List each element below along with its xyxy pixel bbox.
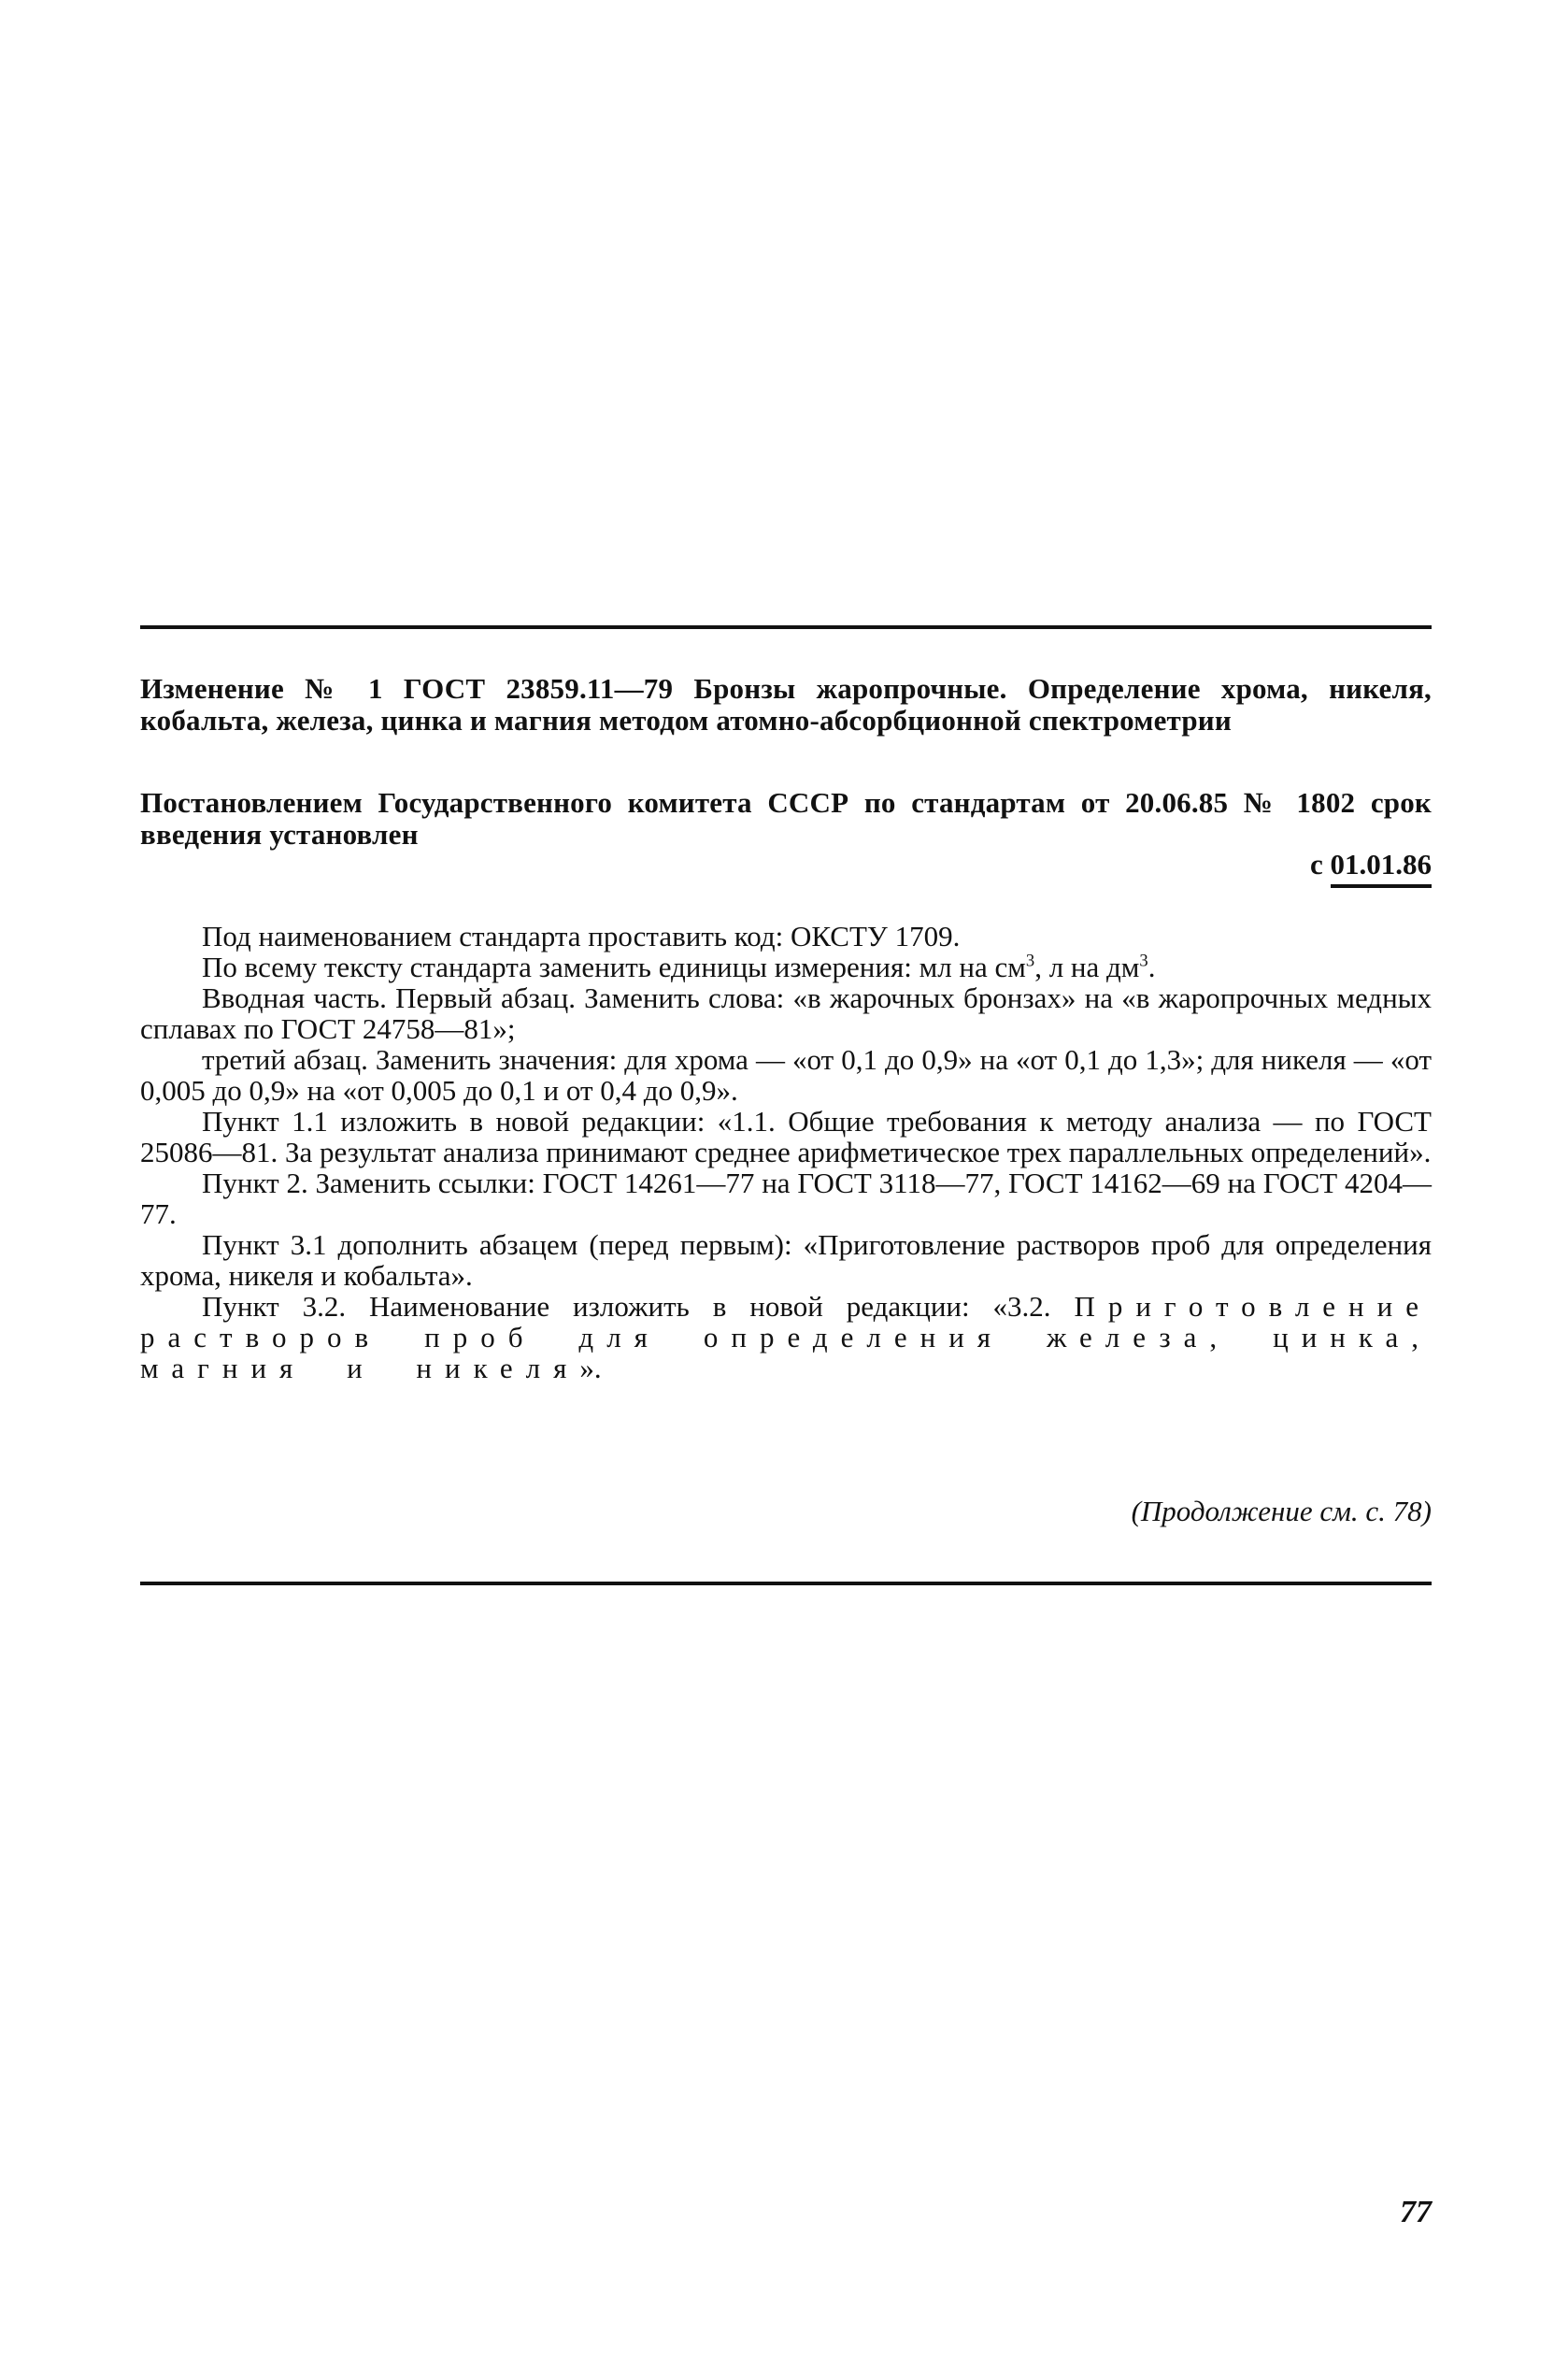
paragraph-intro-first: Вводная часть. Первый абзац. Заменить сл… [140, 982, 1432, 1044]
units-text-2: , л на дм [1034, 951, 1139, 983]
superscript-3: 3 [1026, 952, 1034, 971]
continuation-note: (Продолжение см. с. 78) [1132, 1496, 1432, 1527]
page-number: 77 [1400, 2195, 1432, 2230]
paragraph-units: По всему тексту стандарта заменить едини… [140, 952, 1432, 982]
units-text-1: По всему тексту стандарта заменить едини… [202, 951, 1026, 983]
superscript-3: 3 [1139, 952, 1147, 971]
paragraph-okstu-code: Под наименованием стандарта проставить к… [140, 921, 1432, 952]
top-rule [140, 625, 1432, 629]
effective-date-line: с 01.01.86 [1310, 849, 1432, 881]
paragraph-clause-3-2: Пункт 3.2. Наименование изложить в новой… [140, 1291, 1432, 1383]
effective-prefix: с [1310, 848, 1323, 881]
decree-statement: Постановлением Государственного комитета… [140, 787, 1432, 850]
bottom-rule [140, 1582, 1432, 1585]
amendment-body: Под наименованием стандарта проставить к… [140, 921, 1432, 1383]
clause-3-2-text: Пункт 3.2. Наименование изложить в новой… [202, 1290, 1074, 1323]
paragraph-clause-3-1: Пункт 3.1 дополнить абзацем (перед первы… [140, 1229, 1432, 1291]
clause-3-2-closing: ». [579, 1352, 601, 1384]
paragraph-clause-1-1: Пункт 1.1 изложить в новой редакции: «1.… [140, 1106, 1432, 1167]
amendment-title: Изменение № 1 ГОСТ 23859.11—79 Бронзы жа… [140, 673, 1432, 736]
paragraph-clause-2: Пункт 2. Заменить ссылки: ГОСТ 14261—77 … [140, 1167, 1432, 1229]
paragraph-intro-third: третий абзац. Заменить значения: для хро… [140, 1044, 1432, 1106]
units-text-3: . [1148, 951, 1156, 983]
effective-date: 01.01.86 [1331, 848, 1433, 888]
